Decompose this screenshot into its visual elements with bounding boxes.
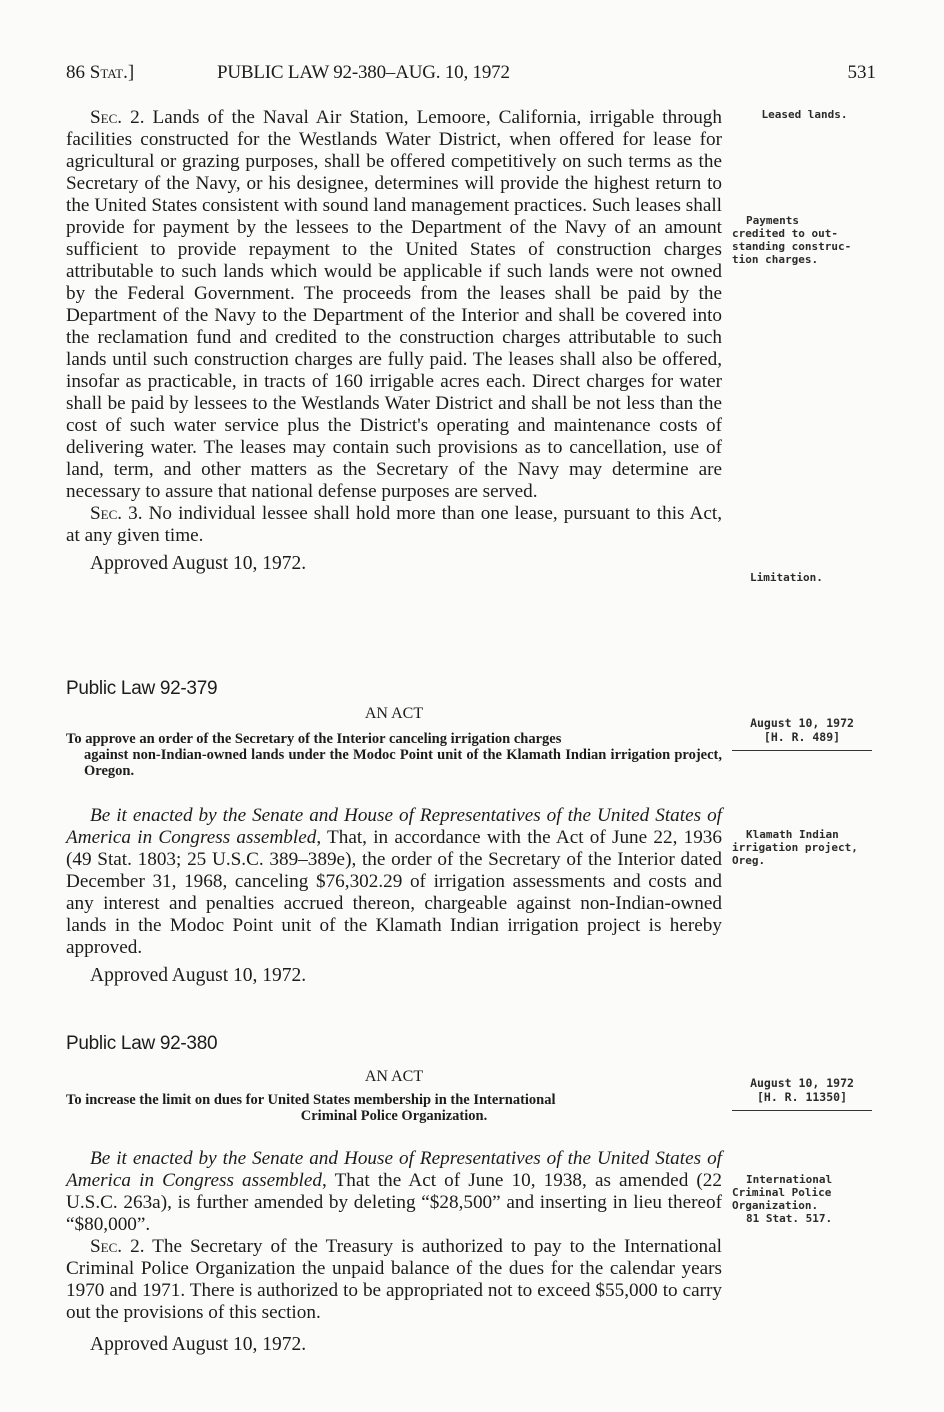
purpose-line: To increase the limit on dues for United… <box>66 1092 722 1108</box>
enactment-date: August 10, 1972 <box>732 1076 872 1090</box>
enacting-paragraph: Be it enacted by the Senate and House of… <box>66 805 722 959</box>
volume-number: 86 <box>66 62 85 83</box>
section-2-paragraph: Sec. 2. The Secretary of the Treasury is… <box>66 1236 722 1324</box>
document-page: 86 Stat.] PUBLIC LAW 92-380–AUG. 10, 197… <box>0 0 944 1412</box>
margin-note-line: credited to out- <box>732 227 877 240</box>
act-purpose: To increase the limit on dues for United… <box>66 1092 722 1124</box>
running-header: 86 Stat.] PUBLIC LAW 92-380–AUG. 10, 197… <box>66 62 876 88</box>
margin-note-limitation: Limitation. <box>732 571 895 584</box>
margin-note-line: irrigation project, <box>732 841 877 854</box>
section-3-paragraph: Sec. 3. No individual lessee shall hold … <box>66 503 722 547</box>
margin-note-leased-lands: Leased lands. <box>732 108 877 121</box>
page-number: 531 <box>848 62 877 84</box>
section-label: Sec. <box>90 107 122 128</box>
purpose-line: Criminal Police Organization. <box>66 1108 722 1124</box>
law-380-body: Be it enacted by the Senate and House of… <box>66 1148 722 1356</box>
margin-note-line: Oreg. <box>732 854 877 867</box>
section-label: Sec. <box>90 503 122 524</box>
an-act-label: AN ACT <box>66 1068 722 1086</box>
margin-note-text: Limitation. <box>750 571 895 584</box>
approved-line: Approved August 10, 1972. <box>66 965 722 987</box>
law-heading-92-380: Public Law 92-380 <box>66 1033 217 1055</box>
bill-number: [H. R. 11350] <box>732 1090 872 1104</box>
section-text: 2. Lands of the Naval Air Station, Lemoo… <box>66 107 722 502</box>
purpose-line: against non-Indian-owned lands under the… <box>66 747 722 779</box>
divider-rule <box>732 1110 872 1111</box>
section-text: 2. The Secretary of the Treasury is auth… <box>66 1236 722 1323</box>
margin-note-klamath: Klamath Indian irrigation project, Oreg. <box>732 828 877 867</box>
margin-note-line: International <box>732 1173 877 1186</box>
approved-line: Approved August 10, 1972. <box>66 553 722 575</box>
margin-note-payments: Payments credited to out- standing const… <box>732 214 877 266</box>
bill-number: [H. R. 489] <box>732 730 872 744</box>
section-2-paragraph: Sec. 2. Lands of the Naval Air Station, … <box>66 107 722 503</box>
approved-line: Approved August 10, 1972. <box>66 1334 722 1356</box>
prev-law-section-2: Sec. 2. Lands of the Naval Air Station, … <box>66 107 722 575</box>
section-text: 3. No individual lessee shall hold more … <box>66 503 722 546</box>
bracket: ] <box>128 62 134 83</box>
margin-note-line: 81 Stat. 517. <box>732 1212 877 1225</box>
enacting-paragraph: Be it enacted by the Senate and House of… <box>66 1148 722 1236</box>
section-label: Sec. <box>90 1236 122 1257</box>
margin-note-line: Klamath Indian <box>732 828 877 841</box>
margin-note-line: Organization. <box>732 1199 877 1212</box>
margin-note-line: Criminal Police <box>732 1186 877 1199</box>
margin-note-line: standing construc- <box>732 240 877 253</box>
margin-note-interpol: International Criminal Police Organizati… <box>732 1173 877 1225</box>
running-title: PUBLIC LAW 92-380–AUG. 10, 1972 <box>217 62 510 84</box>
date-bill-block: August 10, 1972 [H. R. 11350] <box>732 1076 872 1111</box>
margin-note-line: Payments <box>732 214 877 227</box>
an-act-label: AN ACT <box>66 705 722 723</box>
divider-rule <box>732 750 872 751</box>
law-heading-92-379: Public Law 92-379 <box>66 678 217 700</box>
margin-note-text: Leased lands. <box>732 108 877 121</box>
purpose-line: To approve an order of the Secretary of … <box>66 731 722 747</box>
act-purpose: To approve an order of the Secretary of … <box>66 731 722 779</box>
volume-citation: 86 Stat.] <box>66 62 134 84</box>
date-bill-block: August 10, 1972 [H. R. 489] <box>732 716 872 751</box>
margin-note-line: tion charges. <box>732 253 877 266</box>
enactment-date: August 10, 1972 <box>732 716 872 730</box>
law-379-body: Be it enacted by the Senate and House of… <box>66 805 722 987</box>
volume-label: Stat. <box>90 62 128 83</box>
